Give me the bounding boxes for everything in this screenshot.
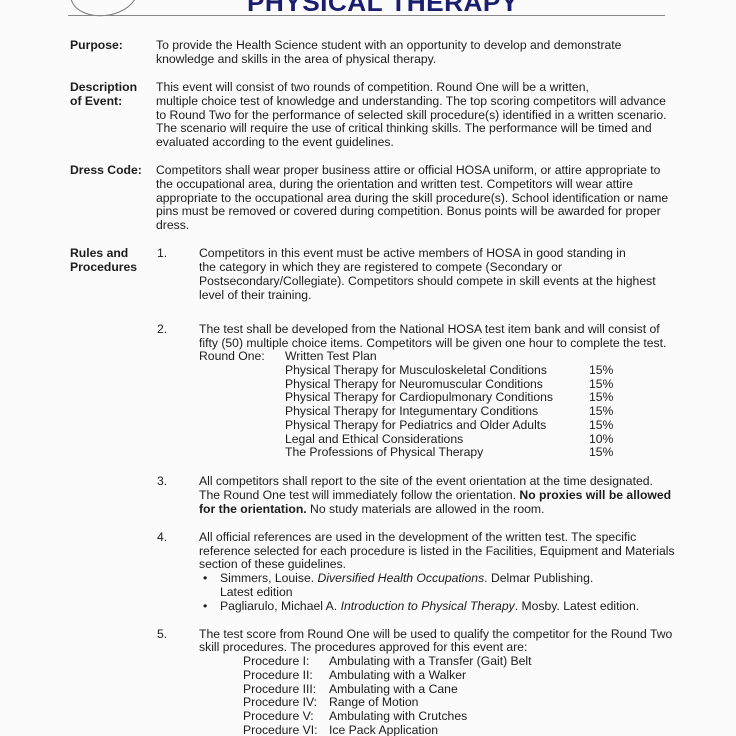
dress-code-text-line: the occupational area, during the orient… (156, 177, 633, 191)
test-plan-topic: Physical Therapy for Integumentary Condi… (285, 404, 538, 418)
rule-text-line: All competitors shall report to the site… (199, 474, 653, 488)
ref-continuation: Latest edition (220, 585, 293, 599)
procedure-name: Ambulating with a Transfer (Gait) Belt (329, 654, 532, 668)
rule-text-line: section of these guidelines. (199, 557, 346, 571)
rule-number: 3. (157, 474, 167, 488)
ref-publisher: . Delmar Publishing. (484, 571, 593, 585)
test-plan-topic: Physical Therapy for Neuromuscular Condi… (285, 377, 543, 391)
ref-author: Simmers, Louise. (220, 571, 318, 585)
procedure-label: Procedure V: (243, 709, 314, 723)
reference-item: Simmers, Louise. Diversified Health Occu… (220, 571, 593, 585)
description-label: Description (70, 80, 137, 94)
rule-emphasis: No proxies will be allowed (519, 488, 671, 502)
rule-text: The Round One test will immediately foll… (199, 488, 519, 502)
hosa-logo-arc (67, 0, 141, 21)
rule-text-line: The test score from Round One will be us… (199, 627, 672, 641)
test-plan-percent: 15% (589, 363, 613, 377)
reference-item: Pagliarulo, Michael A. Introduction to P… (220, 599, 639, 613)
test-plan-percent: 15% (589, 418, 613, 432)
ref-title: Diversified Health Occupations (318, 571, 485, 585)
rule-number: 1. (157, 246, 167, 260)
test-plan-topic: Physical Therapy for Pediatrics and Olde… (285, 418, 546, 432)
dress-code-text-line: Competitors shall wear proper business a… (156, 163, 660, 177)
round-one-label: Round One: (199, 349, 265, 363)
description-text-line: multiple choice test of knowledge and un… (156, 94, 666, 108)
dress-code-label: Dress Code: (70, 163, 142, 177)
test-plan-topic: Legal and Ethical Considerations (285, 432, 463, 446)
description-text-line: The scenario will require the use of cri… (156, 121, 652, 135)
header-rule (68, 15, 665, 16)
rule-text-line: the category in which they are registere… (199, 260, 562, 274)
rule-number: 4. (157, 530, 167, 544)
test-plan-percent: 15% (589, 445, 613, 459)
bullet-icon: • (203, 571, 207, 585)
test-plan-topic: Physical Therapy for Musculoskeletal Con… (285, 363, 547, 377)
procedure-label: Procedure IV: (243, 695, 317, 709)
test-plan-percent: 15% (589, 377, 613, 391)
dress-code-text-line: dress. (156, 218, 189, 232)
rule-text-line: The test shall be developed from the Nat… (199, 322, 660, 336)
rule-emphasis: for the orientation. (199, 502, 307, 516)
purpose-text-line: knowledge and skills in the area of phys… (156, 52, 436, 66)
test-plan-percent: 15% (589, 404, 613, 418)
rule-text-line: skill procedures. The procedures approve… (199, 640, 527, 654)
rule-text-line: The Round One test will immediately foll… (199, 488, 671, 502)
rule-text: No study materials are allowed in the ro… (307, 502, 545, 516)
ref-author: Pagliarulo, Michael A. (220, 599, 341, 613)
rule-text-line: fifty (50) multiple choice items. Compet… (199, 336, 666, 350)
test-plan-topic: The Professions of Physical Therapy (285, 445, 483, 459)
procedure-name: Ambulating with Crutches (329, 709, 467, 723)
rule-text-line: level of their training. (199, 288, 311, 302)
description-text-line: to Round Two for the performance of sele… (156, 108, 667, 122)
test-plan-topic: Physical Therapy for Cardiopulmonary Con… (285, 390, 553, 404)
rules-label: Procedures (70, 260, 137, 274)
procedure-label: Procedure I: (243, 654, 309, 668)
test-plan-percent: 10% (589, 432, 613, 446)
bullet-icon: • (203, 599, 207, 613)
dress-code-text-line: appropriate to the occupational area dur… (156, 191, 668, 205)
purpose-text-line: To provide the Health Science student wi… (156, 38, 621, 52)
test-plan-percent: 15% (589, 390, 613, 404)
procedure-name: Ice Pack Application (329, 723, 438, 736)
description-text-line: This event will consist of two rounds of… (156, 80, 589, 94)
procedure-label: Procedure III: (243, 682, 316, 696)
procedure-name: Ambulating with a Cane (329, 682, 458, 696)
procedure-name: Ambulating with a Walker (329, 668, 466, 682)
rule-number: 2. (157, 322, 167, 336)
ref-publisher: . Mosby. Latest edition. (515, 599, 639, 613)
rule-text-line: All official references are used in the … (199, 530, 636, 544)
rule-text-line: Postsecondary/Collegiate). Competitors s… (199, 274, 656, 288)
description-text-line: evaluated according to the event guideli… (156, 135, 394, 149)
rule-number: 5. (157, 627, 167, 641)
rule-text-line: reference selected for each procedure is… (199, 544, 675, 558)
rule-text-line: Competitors in this event must be active… (199, 246, 626, 260)
purpose-label: Purpose: (70, 38, 123, 52)
rules-label: Rules and (70, 246, 128, 260)
test-plan-title: Written Test Plan (285, 349, 377, 363)
procedure-name: Range of Motion (329, 695, 418, 709)
page-header: PHYSICAL THERAPY (0, 0, 736, 24)
dress-code-text-line: pins must be removed or covered during c… (156, 204, 661, 218)
ref-title: Introduction to Physical Therapy (341, 599, 515, 613)
procedure-label: Procedure II: (243, 668, 313, 682)
rule-text-line: for the orientation. No study materials … (199, 502, 544, 516)
procedure-label: Procedure VI: (243, 723, 318, 736)
description-label: of Event: (70, 94, 122, 108)
